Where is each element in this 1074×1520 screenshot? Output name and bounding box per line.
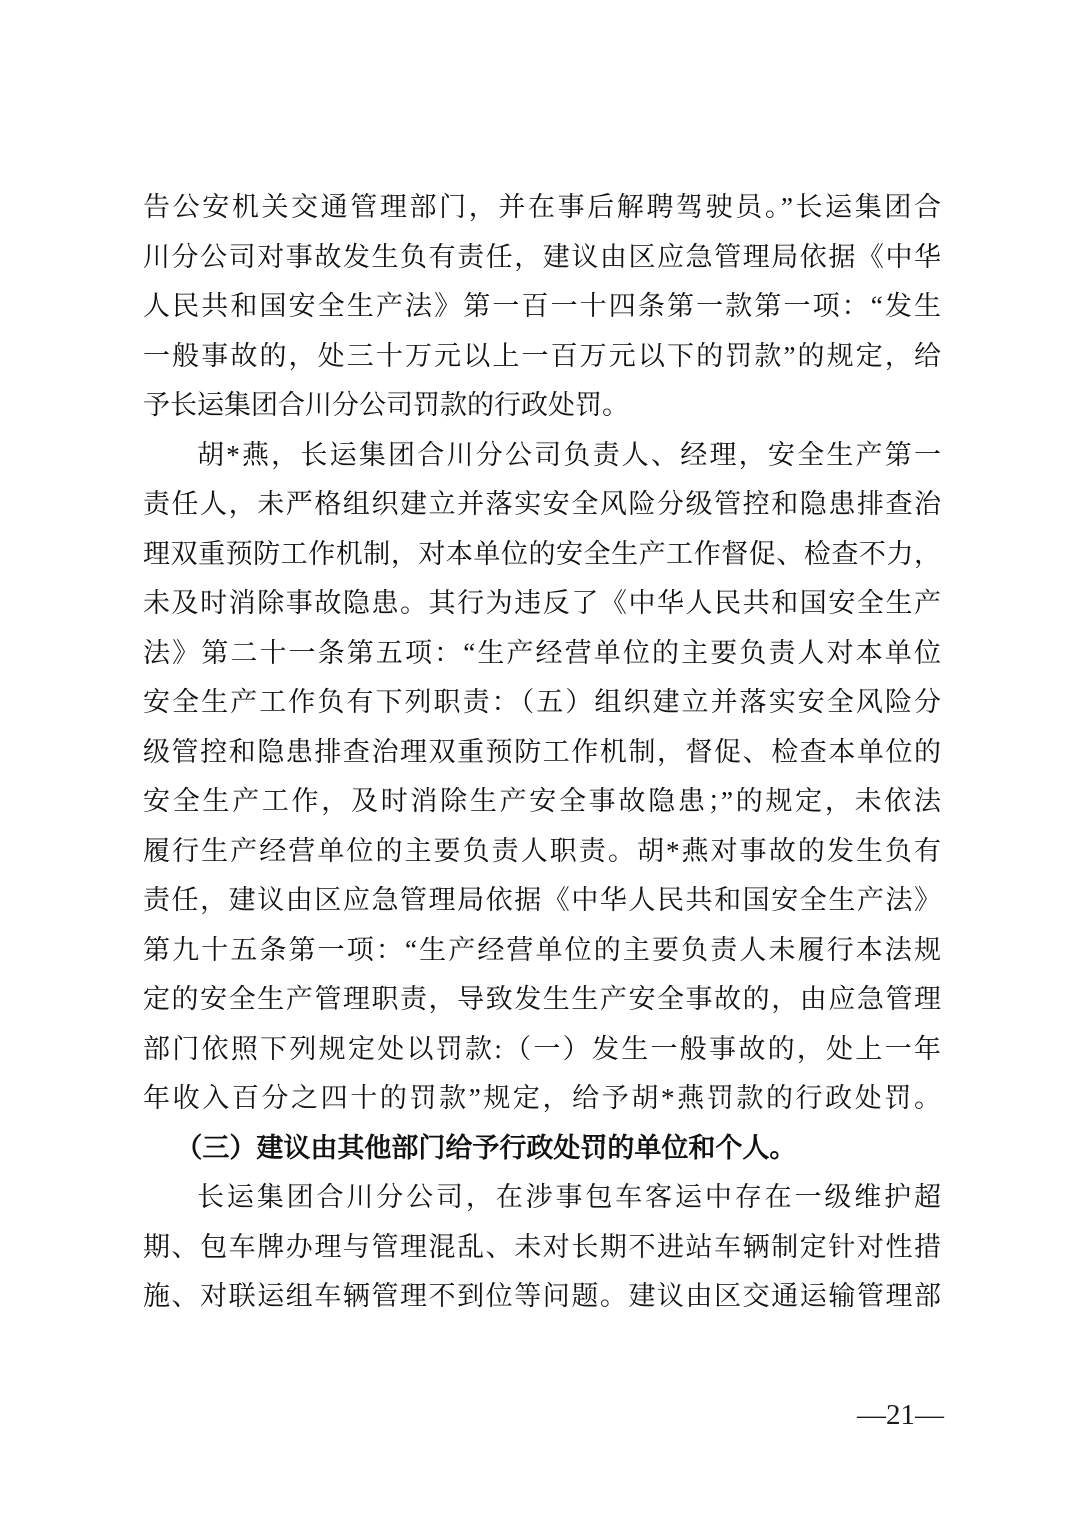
text-line: （三）建议由其他部门给予行政处罚的单位和个人。 xyxy=(143,1124,941,1174)
text-line: 法》第二十一条第五项：“生产经营单位的主要负责人对本单位 xyxy=(143,629,941,679)
text-line: 一般事故的，处三十万元以上一百万元以下的罚款”的规定，给 xyxy=(143,332,941,382)
paragraph: 胡*燕，长运集团合川分公司负责人、经理，安全生产第一责任人，未严格组织建立并落实… xyxy=(143,431,941,1124)
text-line: 履行生产经营单位的主要负责人职责。胡*燕对事故的发生负有 xyxy=(143,827,941,877)
text-line: 级管控和隐患排查治理双重预防工作机制，督促、检查本单位的 xyxy=(143,728,941,778)
text-line: 安全生产工作，及时消除生产安全事故隐患；”的规定，未依法 xyxy=(143,777,941,827)
text-line: 予长运集团合川分公司罚款的行政处罚。 xyxy=(143,381,941,431)
text-line: 责任，建议由区应急管理局依据《中华人民共和国安全生产法》 xyxy=(143,876,941,926)
paragraph: 长运集团合川分公司，在涉事包车客运中存在一级维护超期、包车牌办理与管理混乱、未对… xyxy=(143,1173,941,1322)
text-line: 第九十五条第一项：“生产经营单位的主要负责人未履行本法规 xyxy=(143,926,941,976)
text-line: 年收入百分之四十的罚款”规定，给予胡*燕罚款的行政处罚。 xyxy=(143,1074,941,1124)
text-line: 期、包车牌办理与管理混乱、未对长期不进站车辆制定针对性措 xyxy=(143,1223,941,1273)
text-line: 部门依照下列规定处以罚款:（一）发生一般事故的，处上一年 xyxy=(143,1025,941,1075)
page-number: —21— xyxy=(857,1398,944,1432)
document-body: 告公安机关交通管理部门，并在事后解聘驾驶员。”长运集团合川分公司对事故发生负有责… xyxy=(143,183,941,1322)
text-line: 责任人，未严格组织建立并落实安全风险分级管控和隐患排查治 xyxy=(143,480,941,530)
text-line: 安全生产工作负有下列职责：（五）组织建立并落实安全风险分 xyxy=(143,678,941,728)
section-heading: （三）建议由其他部门给予行政处罚的单位和个人。 xyxy=(143,1124,941,1174)
text-line: 理双重预防工作机制，对本单位的安全生产工作督促、检查不力， xyxy=(143,530,941,580)
document-page: 告公安机关交通管理部门，并在事后解聘驾驶员。”长运集团合川分公司对事故发生负有责… xyxy=(0,0,1074,1520)
text-line: 施、对联运组车辆管理不到位等问题。建议由区交通运输管理部 xyxy=(143,1272,941,1322)
paragraph: 告公安机关交通管理部门，并在事后解聘驾驶员。”长运集团合川分公司对事故发生负有责… xyxy=(143,183,941,431)
text-line: 长运集团合川分公司，在涉事包车客运中存在一级维护超 xyxy=(143,1173,941,1223)
text-line: 告公安机关交通管理部门，并在事后解聘驾驶员。”长运集团合 xyxy=(143,183,941,233)
text-line: 胡*燕，长运集团合川分公司负责人、经理，安全生产第一 xyxy=(143,431,941,481)
text-line: 川分公司对事故发生负有责任，建议由区应急管理局依据《中华 xyxy=(143,233,941,283)
text-line: 未及时消除事故隐患。其行为违反了《中华人民共和国安全生产 xyxy=(143,579,941,629)
text-line: 人民共和国安全生产法》第一百一十四条第一款第一项：“发生 xyxy=(143,282,941,332)
text-line: 定的安全生产管理职责，导致发生生产安全事故的，由应急管理 xyxy=(143,975,941,1025)
